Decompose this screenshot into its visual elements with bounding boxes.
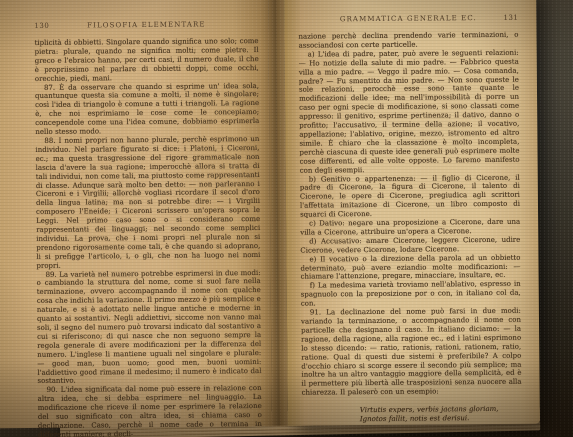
right-page-body: nazione perchè declina prendendo varie t… <box>298 31 521 398</box>
paragraph: b) Genitivo o appartenenza: — il figlio … <box>300 173 520 219</box>
right-running-title: GRAMMATICA GENERALE EC. <box>340 14 477 23</box>
left-running-title: FILOSOFIA ELEMENTARE <box>87 20 206 29</box>
paragraph: 90. L'idea significata dal nome può esse… <box>38 384 262 437</box>
paragraph: 89. La varietà nel numero potrebbe espri… <box>37 269 262 387</box>
right-page: GRAMMATICA GENERALE EC. 131 nazione perc… <box>284 0 540 426</box>
left-page-body: tiplicità di obbietti. Singolare quando … <box>35 37 262 437</box>
paragraph: 91. La declinazione del nome può farsi i… <box>301 307 522 398</box>
right-running-head: GRAMMATICA GENERALE EC. 131 <box>298 14 518 24</box>
right-page-number: 131 <box>503 14 518 22</box>
paragraph: a) L'idea di padre, pater, può avere le … <box>299 49 520 176</box>
paragraph: f) La medesima varietà troviamo nell'abl… <box>301 280 521 309</box>
book-photo: 130 FILOSOFIA ELEMENTARE tiplicità di ob… <box>0 0 573 437</box>
paragraph: tiplicità di obbietti. Singolare quando … <box>35 37 259 83</box>
paragraph: d) Accusativo: amare Cicerone, leggere C… <box>300 236 520 256</box>
paragraph: c) Dativo: negare una proposizione a Cic… <box>300 218 520 238</box>
verse-line: Ignotos fallit, notis est derisui. <box>360 414 522 424</box>
paragraph: e) Il vocativo o la direzione della paro… <box>300 253 520 282</box>
left-running-head: 130 FILOSOFIA ELEMENTARE <box>34 20 258 30</box>
left-page-number: 130 <box>34 22 49 30</box>
left-page: 130 FILOSOFIA ELEMENTARE tiplicità di ob… <box>0 0 272 428</box>
open-book: 130 FILOSOFIA ELEMENTARE tiplicità di ob… <box>0 0 540 428</box>
paragraph: nazione perchè declina prendendo varie t… <box>298 31 518 51</box>
paragraph: 87. È da osservare che quando si esprime… <box>35 82 259 137</box>
paragraph: 88. I nomi propri non hanno plurale, per… <box>35 135 260 271</box>
latin-verse: Virtutis expers, verbis jactans gloriam,… <box>302 405 522 425</box>
